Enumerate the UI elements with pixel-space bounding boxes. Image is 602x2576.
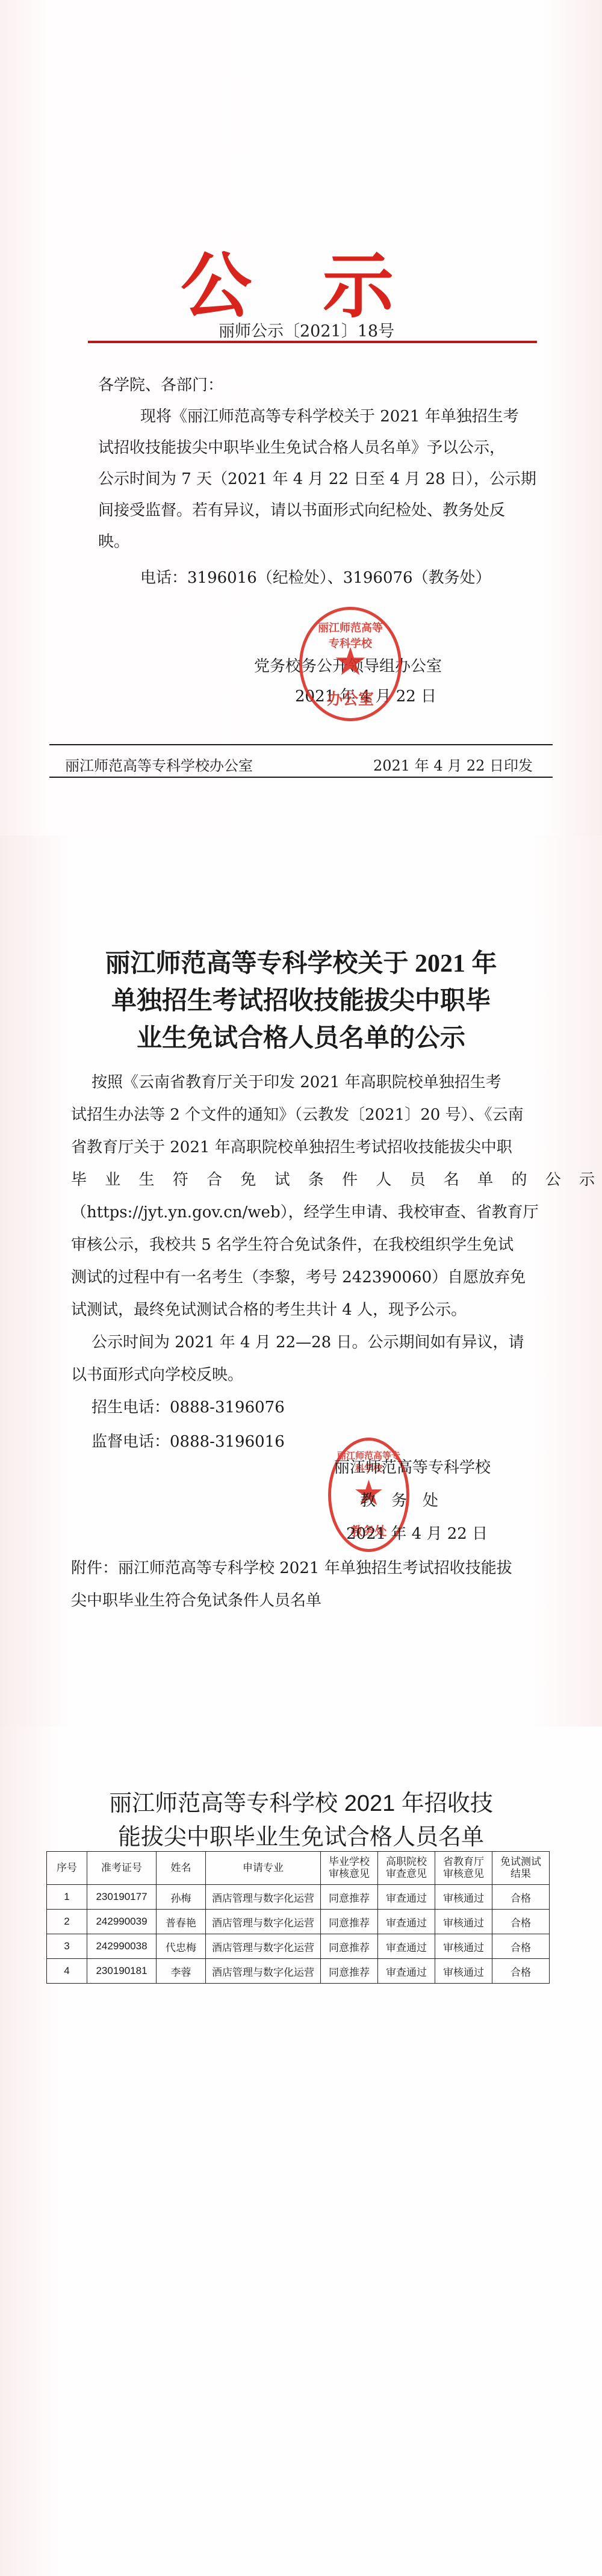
cell-major: 酒店管理与数字化运营 — [206, 1910, 321, 1934]
table-row: 3 242990038 代忠梅 酒店管理与数字化运营 同意推荐 审查通过 审核通… — [47, 1934, 550, 1959]
footer-top-rule — [49, 744, 553, 745]
roster-title-line: 丽江师范高等专科学校 2021 年招收技 — [0, 1787, 602, 1820]
col-header-exam-id: 准考证号 — [87, 1852, 157, 1885]
enrollment-phone: 招生电话：0888-3196076 — [92, 1392, 285, 1423]
signer-department: 教 务 处 — [360, 1486, 438, 1516]
table-row: 1 230190177 孙梅 酒店管理与数字化运营 同意推荐 审查通过 审核通过… — [47, 1885, 550, 1910]
cell-province-review: 审核通过 — [435, 1885, 492, 1910]
cell-test-result: 合格 — [492, 1885, 550, 1910]
seal-arc-text: 丽江师范高等专科学校 — [314, 619, 386, 651]
notice-title: 公 示 — [181, 229, 394, 331]
announcement-title-line: 业生免试合格人员名单的公示 — [0, 1020, 602, 1057]
cell-college-review: 审查通过 — [378, 1910, 435, 1934]
cell-exam-id: 230190177 — [87, 1885, 157, 1910]
announcement-title-line: 单独招生考试招收技能拔尖中职毕 — [0, 982, 602, 1020]
publicity-period-line: 以书面形式向学校反映。 — [71, 1360, 243, 1390]
announcement-body-line: 省教育厅关于 2021 年高职院校单独招生考试招收技能拔尖中职 — [71, 1132, 512, 1162]
sign-date: 2021 年 4 月 22 日 — [346, 1519, 488, 1549]
attachment-line: 尖中职毕业生符合免试条件人员名单 — [71, 1586, 321, 1616]
cell-school-review: 同意推荐 — [321, 1959, 378, 1984]
announcement-body-line: 试招生办法等 2 个文件的通知》（云教发〔2021〕20 号）、《云南 — [71, 1100, 524, 1130]
cell-province-review: 审核通过 — [435, 1959, 492, 1984]
notice-paragraph-line: 试招收技能拔尖中职毕业生免试合格人员名单》予以公示， — [98, 433, 505, 463]
footer-bottom-rule — [49, 777, 553, 778]
supervision-phone: 监督电话：0888-3196016 — [92, 1427, 285, 1457]
cell-seq: 1 — [47, 1885, 87, 1910]
roster-title-line: 能拔尖中职毕业生免试合格人员名单 — [0, 1820, 602, 1854]
footer-issuer: 丽江师范高等专科学校办公室 — [65, 754, 253, 775]
col-header-province-review: 省教育厅 审核意见 — [435, 1852, 492, 1885]
cell-seq: 4 — [47, 1959, 87, 1984]
cell-test-result: 合格 — [492, 1959, 550, 1984]
announcement-body-line: 毕 业 生 符 合 免 试 条 件 人 员 名 单 的 公 示 》 — [71, 1165, 602, 1195]
table-header-row: 序号 准考证号 姓名 申请专业 毕业学校 审核意见 高职院校 审查意见 省教育厅… — [47, 1852, 550, 1885]
notice-paragraph-line: 现将《丽江师范高等专科学校关于 2021 年单独招生考 — [140, 402, 519, 432]
cell-exam-id: 242990038 — [87, 1934, 157, 1959]
cell-major: 酒店管理与数字化运营 — [206, 1885, 321, 1910]
cell-college-review: 审查通过 — [378, 1934, 435, 1959]
qualified-students-table: 序号 准考证号 姓名 申请专业 毕业学校 审核意见 高职院校 审查意见 省教育厅… — [46, 1851, 550, 1984]
document-number: 丽师公示〔2021〕18号 — [219, 318, 394, 341]
cell-seq: 2 — [47, 1910, 87, 1934]
col-header-seq: 序号 — [47, 1852, 87, 1885]
announcement-body-line: 试测试，最终免试测试合格的考生共计 4 人，现予公示。 — [71, 1295, 467, 1325]
cell-major: 酒店管理与数字化运营 — [206, 1934, 321, 1959]
footer-issue-date: 2021 年 4 月 22 日印发 — [373, 754, 533, 775]
cell-school-review: 同意推荐 — [321, 1910, 378, 1934]
announcement-body-line: 按照《云南省教育厅关于印发 2021 年高职院校单独招生考 — [92, 1067, 501, 1097]
cell-college-review: 审查通过 — [378, 1885, 435, 1910]
cell-name: 孙梅 — [157, 1885, 206, 1910]
cell-name: 普春艳 — [157, 1910, 206, 1934]
cell-school-review: 同意推荐 — [321, 1934, 378, 1959]
col-header-major: 申请专业 — [206, 1852, 321, 1885]
notice-paragraph-line: 映。 — [98, 527, 129, 557]
salutation: 各学院、各部门： — [98, 370, 223, 400]
table-row: 2 242990039 普春艳 酒店管理与数字化运营 同意推荐 审查通过 审核通… — [47, 1910, 550, 1934]
red-divider — [88, 341, 537, 343]
col-header-college-review: 高职院校 审查意见 — [378, 1852, 435, 1885]
cell-seq: 3 — [47, 1934, 87, 1959]
cell-province-review: 审核通过 — [435, 1910, 492, 1934]
announcement-page: 丽江师范高等专科学校关于 2021 年 单独招生考试招收技能拔尖中职毕 业生免试… — [0, 836, 602, 1727]
table-row: 4 230190181 李蓉 酒店管理与数字化运营 同意推荐 审查通过 审核通过… — [47, 1959, 550, 1984]
announcement-body-line: 测试的过程中有一名考生（李黎，考号 242390060）自愿放弃免 — [71, 1262, 526, 1293]
col-header-school-review: 毕业学校 审核意见 — [321, 1852, 378, 1885]
cell-exam-id: 230190181 — [87, 1959, 157, 1984]
cell-test-result: 合格 — [492, 1910, 550, 1934]
announcement-body-line: 审核公示，我校共 5 名学生符合免试条件，在我校组织学生免试 — [71, 1230, 514, 1260]
notice-paragraph-line: 公示时间为 7 天（2021 年 4 月 22 日至 4 月 28 日），公示期 — [98, 464, 536, 494]
cell-exam-id: 242990039 — [87, 1910, 157, 1934]
announcement-body-line: （https://jyt.yn.gov.cn/web），经学生申请、我校审查、省… — [71, 1197, 539, 1227]
official-seal: ★ 丽江师范高等专科学校 办公室 — [299, 607, 402, 721]
seal-bottom-text: 办公室 — [302, 687, 399, 709]
cell-province-review: 审核通过 — [435, 1934, 492, 1959]
cell-school-review: 同意推荐 — [321, 1885, 378, 1910]
announcement-title-line: 丽江师范高等专科学校关于 2021 年 — [0, 945, 602, 982]
signer-school: 丽江师范高等专科学校 — [334, 1453, 491, 1483]
cell-college-review: 审查通过 — [378, 1959, 435, 1984]
contact-phones: 电话：3196016（纪检处）、3196076（教务处） — [140, 563, 491, 593]
notice-page: 公 示 丽师公示〔2021〕18号 各学院、各部门： 现将《丽江师范高等专科学校… — [0, 0, 602, 836]
cell-major: 酒店管理与数字化运营 — [206, 1959, 321, 1984]
publicity-period-line: 公示时间为 2021 年 4 月 22—28 日。公示期间如有异议，请 — [92, 1327, 524, 1358]
col-header-name: 姓名 — [157, 1852, 206, 1885]
attachment-line: 附件：丽江师范高等专科学校 2021 年单独招生考试招收技能拔 — [71, 1553, 512, 1583]
cell-name: 代忠梅 — [157, 1934, 206, 1959]
notice-paragraph-line: 间接受监督。若有异议，请以书面形式向纪检处、教务处反 — [98, 495, 505, 526]
cell-test-result: 合格 — [492, 1934, 550, 1959]
cell-name: 李蓉 — [157, 1959, 206, 1984]
col-header-test-result: 免试测试 结果 — [492, 1852, 550, 1885]
